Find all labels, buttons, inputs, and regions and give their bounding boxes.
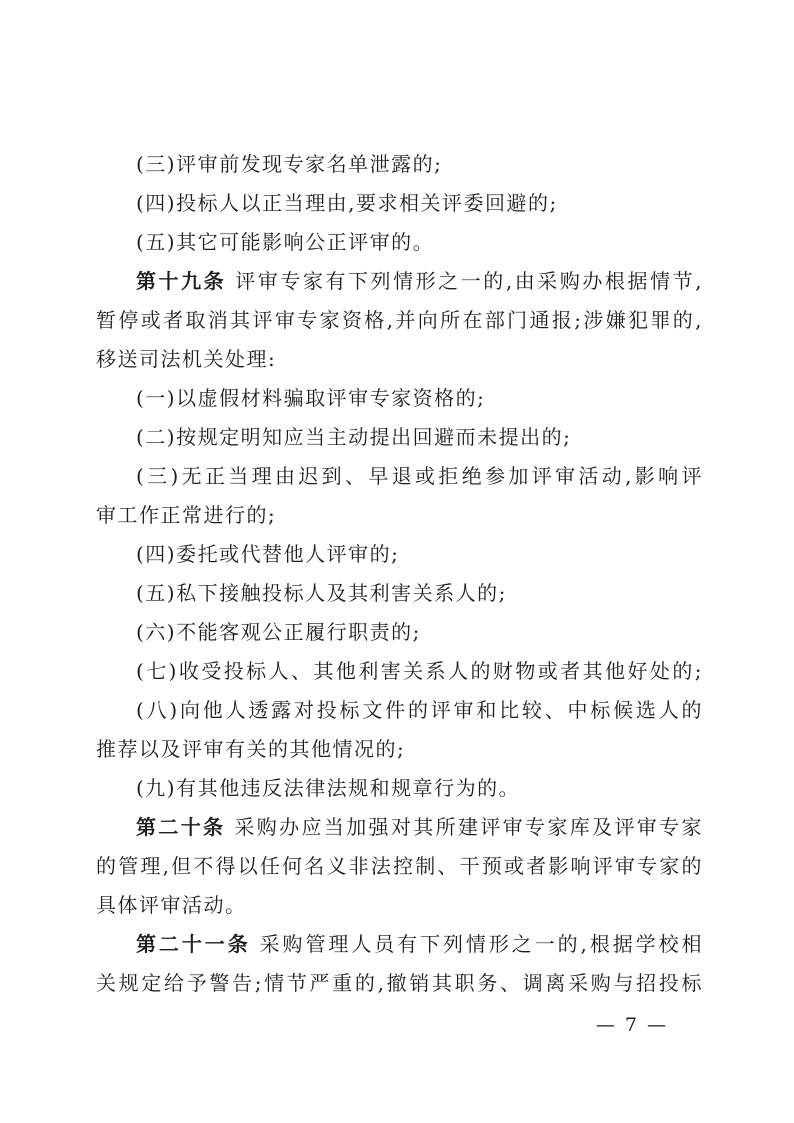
article-number: 第二十条 (136, 815, 225, 839)
text-line: 具体评审活动。 (96, 886, 703, 925)
text-segment: (三)无正当理由迟到、早退或拒绝参加评审活动,影响评 (136, 464, 703, 488)
text-segment: (三)评审前发现专家名单泄露的; (136, 152, 442, 176)
text-segment: (五)其它可能影响公正评审的。 (136, 230, 434, 254)
text-segment: (八)向他人透露对投标文件的评审和比较、中标候选人的 (136, 698, 703, 722)
text-line: (七)收受投标人、其他利害关系人的财物或者其他好处的; (96, 652, 703, 691)
text-line: (三)无正当理由迟到、早退或拒绝参加评审活动,影响评 (96, 457, 703, 496)
text-line: (九)有其他违反法律法规和规章行为的。 (96, 769, 703, 808)
text-segment: (五)私下接触投标人及其利害关系人的; (136, 581, 507, 605)
text-segment: 暂停或者取消其评审专家资格,并向所在部门通报;涉嫌犯罪的, (96, 308, 703, 332)
text-line: 关规定给予警告;情节严重的,撤销其职务、调离采购与招投标 (96, 964, 703, 1003)
text-line: (六)不能客观公正履行职责的; (96, 613, 703, 652)
page-number: — 7 — (596, 1014, 668, 1036)
document-body: (三)评审前发现专家名单泄露的;(四)投标人以正当理由,要求相关评委回避的;(五… (96, 145, 703, 1003)
text-line: (五)私下接触投标人及其利害关系人的; (96, 574, 703, 613)
article-number: 第十九条 (136, 269, 226, 293)
text-segment: 审工作正常进行的; (96, 503, 276, 527)
text-segment: 评审专家有下列情形之一的,由采购办根据情节, (235, 269, 703, 293)
text-segment: (四)委托或代替他人评审的; (136, 542, 399, 566)
text-line: 第二十条采购办应当加强对其所建评审专家库及评审专家 (96, 808, 703, 847)
text-segment: (四)投标人以正当理由,要求相关评委回避的; (136, 191, 558, 215)
text-line: 暂停或者取消其评审专家资格,并向所在部门通报;涉嫌犯罪的, (96, 301, 703, 340)
text-line: (四)委托或代替他人评审的; (96, 535, 703, 574)
text-segment: (二)按规定明知应当主动提出回避而未提出的; (136, 425, 571, 449)
text-line: (一)以虚假材料骗取评审专家资格的; (96, 379, 703, 418)
text-segment: (七)收受投标人、其他利害关系人的财物或者其他好处的; (136, 659, 703, 683)
text-segment: 推荐以及评审有关的其他情况的; (96, 737, 405, 761)
text-line: (二)按规定明知应当主动提出回避而未提出的; (96, 418, 703, 457)
text-line: (四)投标人以正当理由,要求相关评委回避的; (96, 184, 703, 223)
text-line: 移送司法机关处理: (96, 340, 703, 379)
text-line: (八)向他人透露对投标文件的评审和比较、中标候选人的 (96, 691, 703, 730)
text-segment: 采购管理人员有下列情形之一的,根据学校相 (260, 932, 703, 956)
text-line: 第二十一条采购管理人员有下列情形之一的,根据学校相 (96, 925, 703, 964)
article-number: 第二十一条 (136, 932, 251, 956)
text-line: (三)评审前发现专家名单泄露的; (96, 145, 703, 184)
text-segment: 具体评审活动。 (96, 893, 247, 917)
text-line: 第十九条评审专家有下列情形之一的,由采购办根据情节, (96, 262, 703, 301)
text-line: 审工作正常进行的; (96, 496, 703, 535)
text-segment: (一)以虚假材料骗取评审专家资格的; (136, 386, 485, 410)
text-segment: (九)有其他违反法律法规和规章行为的。 (136, 776, 520, 800)
text-segment: 关规定给予警告;情节严重的,撤销其职务、调离采购与招投标 (96, 971, 703, 995)
document-page: (三)评审前发现专家名单泄露的;(四)投标人以正当理由,要求相关评委回避的;(五… (0, 0, 794, 1123)
text-segment: 移送司法机关处理: (96, 347, 276, 371)
text-line: (五)其它可能影响公正评审的。 (96, 223, 703, 262)
text-segment: (六)不能客观公正履行职责的; (136, 620, 421, 644)
text-segment: 的管理,但不得以任何名义非法控制、干预或者影响评审专家的 (96, 854, 703, 878)
text-segment: 采购办应当加强对其所建评审专家库及评审专家 (234, 815, 703, 839)
text-line: 推荐以及评审有关的其他情况的; (96, 730, 703, 769)
text-line: 的管理,但不得以任何名义非法控制、干预或者影响评审专家的 (96, 847, 703, 886)
